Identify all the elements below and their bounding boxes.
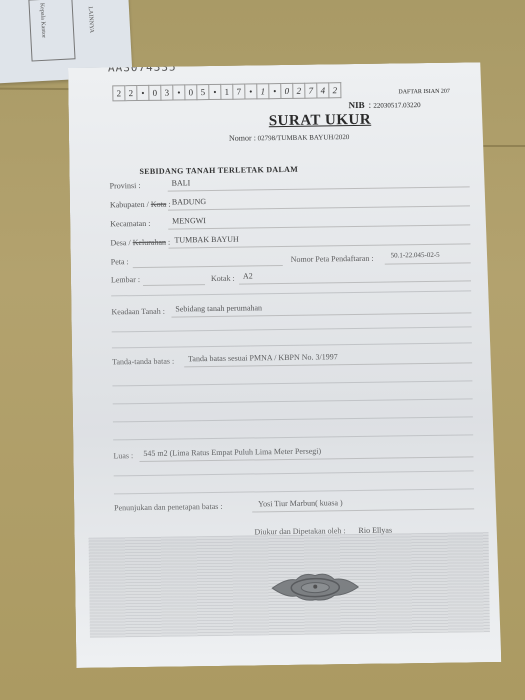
- document-title: SURAT UKUR: [269, 112, 372, 130]
- penunjukan-label: Penunjukan dan penetapan batas :: [114, 502, 223, 513]
- nib-digit-box: 0: [185, 84, 197, 100]
- peta-label: Peta :: [111, 257, 129, 266]
- provinsi-row: Provinsi : BALI: [110, 176, 470, 195]
- diukur-value: Rio Ellyas: [358, 526, 392, 535]
- nib-digit-box: •: [209, 84, 221, 100]
- luas-value: 545 m2 (Lima Ratus Empat Puluh Lima Mete…: [143, 447, 321, 458]
- ruled-line: [111, 290, 471, 296]
- nib-digit-box: 0: [149, 85, 161, 101]
- ruled-line: [113, 434, 473, 440]
- folder-box: [28, 0, 75, 62]
- nomor-field: Nomor : 02798/TUMBAK BAYUH/2020: [229, 132, 349, 143]
- diukur-row: Diukur dan Dipetakan oleh : Rio Ellyas: [254, 525, 454, 542]
- kecamatan-label: Kecamatan :: [110, 219, 150, 229]
- ruled-line: [112, 326, 472, 332]
- underline: [385, 262, 471, 264]
- lembar-row: Lembar : Kotak : A2: [111, 270, 471, 289]
- underline: [143, 284, 205, 286]
- desa-row: Desa / Kelurahan : TUMBAK BAYUH: [110, 233, 470, 252]
- luas-row: Luas : 545 m2 (Lima Ratus Empat Puluh Li…: [113, 446, 473, 465]
- ruled-line: [113, 398, 473, 404]
- kecamatan-row: Kecamatan : MENGWI: [110, 214, 470, 233]
- diukur-label: Diukur dan Dipetakan oleh :: [254, 526, 345, 536]
- kotak-value: A2: [243, 271, 253, 280]
- nomor-peta-label: Nomor Peta Pendaftaran :: [291, 254, 374, 264]
- nib-digit-box: •: [137, 85, 149, 101]
- nib-digit-box: •: [245, 83, 257, 99]
- keadaan-tanah-label: Keadaan Tanah :: [111, 307, 165, 317]
- nib-field: NIB: 22030517.03220: [348, 99, 420, 110]
- nib-digit-box: •: [269, 83, 281, 99]
- section-heading: SEBIDANG TANAH TERLETAK DALAM: [139, 165, 298, 176]
- nib-digit-box: 4: [317, 82, 329, 98]
- desa-label: Desa / Kelurahan :: [110, 238, 170, 248]
- keadaan-tanah-value: Sebidang tanah perumahan: [175, 303, 262, 313]
- ruled-line: [113, 416, 473, 422]
- daftar-isian: DAFTAR ISIAN 207: [398, 89, 450, 96]
- ruled-line: [112, 380, 472, 386]
- nib-digit-box: 1: [257, 83, 269, 99]
- nib-digit-boxes: 22•03•05•17•1•02742: [112, 82, 341, 101]
- nib-digit-box: 1: [221, 84, 233, 100]
- luas-label: Luas :: [113, 451, 133, 460]
- keadaan-tanah-row: Keadaan Tanah : Sebidang tanah perumahan: [111, 302, 471, 321]
- provinsi-label: Provinsi :: [110, 181, 141, 190]
- tanda-batas-value: Tanda batas sesuai PMNA / KBPN No. 3/199…: [188, 352, 338, 363]
- ruled-line: [114, 488, 474, 494]
- tanda-batas-label: Tanda-tanda batas :: [112, 357, 174, 367]
- nomor-peta-value: 50.1-22.045-02-5: [391, 251, 440, 260]
- nib-digit-box: 2: [329, 82, 341, 98]
- underline: [171, 312, 471, 317]
- kabupaten-value: BADUNG: [172, 197, 206, 206]
- penunjukan-value: Yosi Tiur Marbun( kuasa ): [258, 498, 343, 508]
- underline: [168, 186, 470, 191]
- kecamatan-value: MENGWI: [172, 216, 206, 225]
- underline: [133, 265, 283, 268]
- ruled-line: [112, 342, 472, 348]
- underline: [169, 243, 471, 248]
- underline: [184, 362, 472, 367]
- underline: [168, 205, 470, 210]
- nib-digit-box: 3: [161, 85, 173, 101]
- nomor-label: Nomor :: [229, 133, 256, 142]
- nib-digit-box: 7: [305, 83, 317, 99]
- surat-ukur-document: AAS074335 22•03•05•17•1•02742 DAFTAR ISI…: [68, 62, 501, 668]
- underline: [239, 280, 471, 284]
- peta-row: Peta : Nomor Peta Pendaftaran : 50.1-22.…: [111, 252, 471, 271]
- underline: [168, 224, 470, 229]
- provinsi-value: BALI: [172, 178, 191, 187]
- nib-digit-box: 2: [112, 85, 125, 101]
- nib-digit-box: 0: [281, 83, 293, 99]
- government-seal-icon: [270, 569, 360, 602]
- folder-text: LAINNYA: [87, 6, 94, 33]
- penunjukan-row: Penunjukan dan penetapan batas : Yosi Ti…: [114, 498, 474, 517]
- nib-value: 22030517.03220: [373, 101, 420, 110]
- desa-value: TUMBAK BAYUH: [174, 235, 239, 245]
- kotak-label: Kotak :: [211, 274, 235, 283]
- underline: [252, 508, 474, 512]
- tanda-batas-row: Tanda-tanda batas : Tanda batas sesuai P…: [112, 352, 472, 371]
- lembar-label: Lembar :: [111, 275, 140, 284]
- nomor-value: 02798/TUMBAK BAYUH/2020: [258, 133, 350, 142]
- kabupaten-label: Kabupaten / Kota :: [110, 200, 171, 210]
- nib-digit-box: •: [173, 84, 185, 100]
- nib-digit-box: 7: [233, 84, 245, 100]
- nib-label: NIB: [348, 100, 364, 110]
- nib-digit-box: 5: [197, 84, 209, 100]
- nib-digit-box: 2: [125, 85, 137, 101]
- kabupaten-row: Kabupaten / Kota : BADUNG: [110, 195, 470, 214]
- nib-digit-box: 2: [293, 83, 305, 99]
- ruled-line: [114, 470, 474, 476]
